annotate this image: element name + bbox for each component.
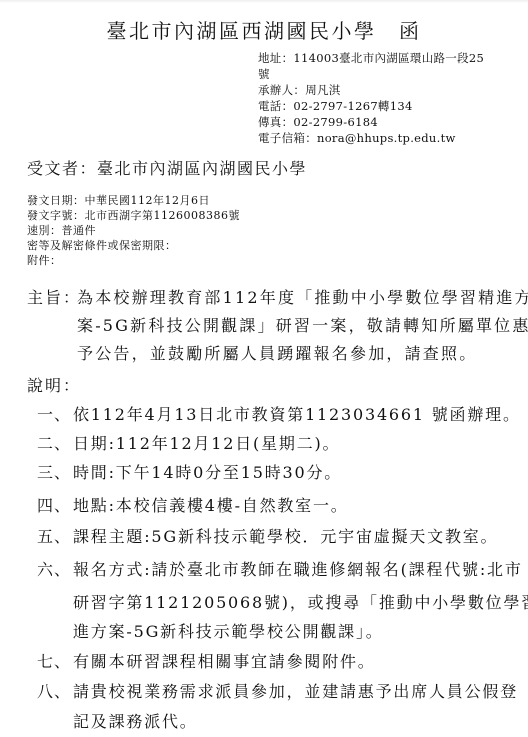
document-title: 臺北市內湖區西湖國民小學 函 (0, 21, 528, 41)
page-top-edge (0, 0, 528, 3)
item-number: 六、 (37, 562, 71, 578)
explanation-label: 說明： (27, 378, 81, 394)
subject-line: 案-5G新科技公開觀課」研習一案，敬請轉知所屬單位惠 (77, 318, 528, 334)
item-number: 三、 (37, 465, 71, 481)
item-text: 研習字第1121205068號)，或搜尋「推動中小學數位學習精 (73, 595, 528, 611)
subject-label: 主旨： (27, 290, 81, 306)
attachments: 附件： (27, 255, 62, 266)
item-text: 進方案-5G新科技示範學校公開觀課」。 (73, 624, 384, 640)
item-text: 請貴校視業務需求派員參加，並建請惠予出席人員公假登 (73, 684, 518, 700)
speed-class: 速別：普通件 (27, 225, 96, 236)
item-text: 記及課務派代。 (73, 714, 198, 730)
item-number: 五、 (37, 529, 71, 545)
item-number: 七、 (37, 654, 71, 670)
item-text: 有關本研習課程相關事宜請參閱附件。 (73, 654, 376, 670)
item-text: 地點:本校信義樓4樓-自然教室一。 (73, 498, 349, 514)
confidentiality: 密等及解密條件或保密期限： (27, 240, 177, 251)
item-text: 報名方式:請於臺北市教師在職進修網報名(課程代號:北市 (73, 562, 523, 578)
item-text: 課程主題:5G新科技示範學校．元宇宙虛擬天文教室。 (73, 529, 498, 545)
contact-phone: 電話：02-2797-1267轉134 (258, 101, 413, 113)
item-text: 時間:下午14時0分至15時30分。 (73, 465, 342, 481)
issue-number: 發文字號：北市西湖字第1126008386號 (27, 210, 240, 221)
recipient: 受文者：臺北市內湖區內湖國民小學 (27, 161, 307, 177)
issue-date: 發文日期：中華民國112年12月6日 (27, 195, 210, 206)
item-text: 日期:112年12月12日(星期二)。 (73, 436, 340, 452)
contact-fax: 傳真：02-2799-6184 (258, 117, 378, 129)
contact-handler: 承辦人：周凡淇 (258, 85, 341, 97)
subject-line: 予公告，並鼓勵所屬人員踴躍報名參加，請查照。 (77, 346, 477, 362)
item-number: 四、 (37, 498, 71, 514)
item-number: 二、 (37, 436, 71, 452)
contact-address-cont: 號 (258, 69, 270, 81)
subject-line: 為本校辦理教育部112年度「推動中小學數位學習精進方 (77, 290, 528, 306)
item-number: 一、 (37, 407, 71, 423)
item-number: 八、 (37, 684, 71, 700)
contact-address: 地址：114003臺北市內湖區環山路一段25 (258, 53, 484, 65)
contact-email: 電子信箱：nora@hhups.tp.edu.tw (258, 133, 456, 145)
item-text: 依112年4月13日北市教資第1123034661 號函辦理。 (73, 407, 521, 423)
